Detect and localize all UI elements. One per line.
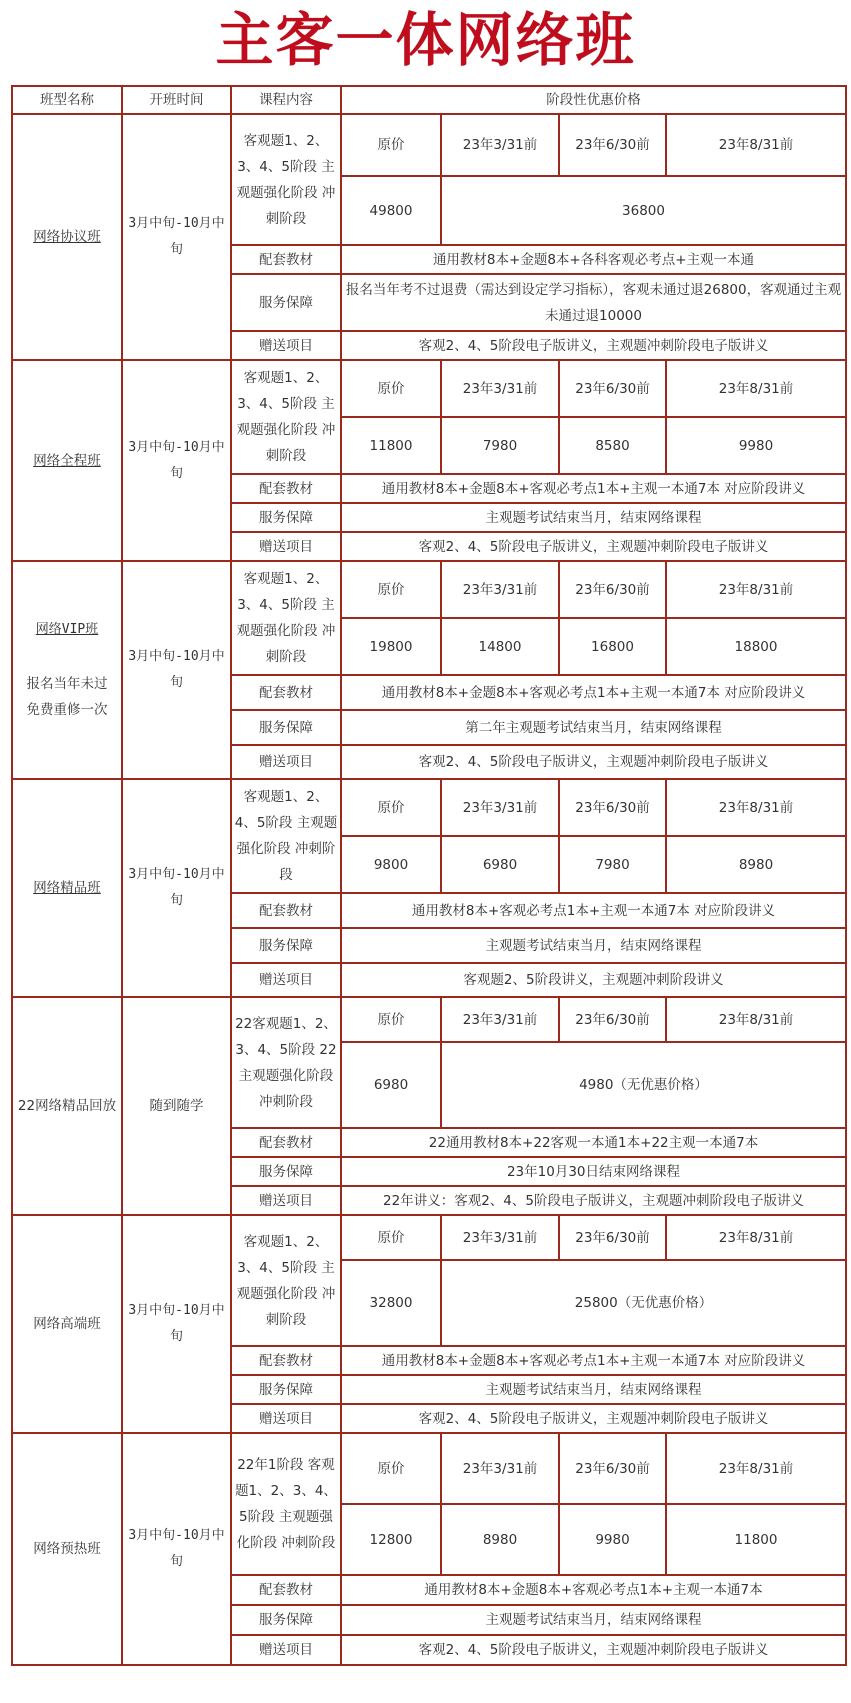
price-header-p2: 23年6/30前 xyxy=(559,360,666,417)
gifts-label: 赠送项目 xyxy=(231,963,341,997)
class-note: 报名当年未过免费重修一次 xyxy=(24,671,110,723)
price-discount: 25800（无优惠价格） xyxy=(441,1260,846,1346)
price-original: 6980 xyxy=(341,1042,441,1128)
price-header-p2: 23年6/30前 xyxy=(559,561,666,618)
class-time: 3月中旬-10月中旬 xyxy=(122,114,231,360)
price-header-p1: 23年3/31前 xyxy=(441,114,559,176)
course-content: 客观题1、2、3、4、5阶段 主观题强化阶段 冲刺阶段 xyxy=(231,114,341,245)
price-p1: 14800 xyxy=(441,618,559,675)
gifts-value: 22年讲义：客观2、4、5阶段电子版讲义，主观题冲刺阶段电子版讲义 xyxy=(341,1186,846,1215)
gifts-value: 客观2、4、5阶段电子版讲义，主观题冲刺阶段电子版讲义 xyxy=(341,1404,846,1433)
class-row: 网络全程班 3月中旬-10月中旬 客观题1、2、3、4、5阶段 主观题强化阶段 … xyxy=(12,360,846,417)
price-header-p3: 23年8/31前 xyxy=(666,1433,846,1504)
class-row: 网络高端班 3月中旬-10月中旬 客观题1、2、3、4、5阶段 主观题强化阶段 … xyxy=(12,1215,846,1260)
price-p2: 8580 xyxy=(559,417,666,474)
price-original: 12800 xyxy=(341,1504,441,1575)
price-original: 49800 xyxy=(341,176,441,245)
course-content: 22年1阶段 客观题1、2、3、4、5阶段 主观题强化阶段 冲刺阶段 xyxy=(231,1433,341,1575)
header-start-time: 开班时间 xyxy=(122,86,231,114)
service-value: 23年10月30日结束网络课程 xyxy=(341,1157,846,1186)
class-time: 3月中旬-10月中旬 xyxy=(122,1215,231,1433)
header-class-name: 班型名称 xyxy=(12,86,122,114)
price-header-original: 原价 xyxy=(341,360,441,417)
price-p3: 9980 xyxy=(666,417,846,474)
price-table: 班型名称 开班时间 课程内容 阶段性优惠价格 网络协议班 3月中旬-10月中旬 … xyxy=(11,85,847,1666)
price-p2: 16800 xyxy=(559,618,666,675)
price-header-p2: 23年6/30前 xyxy=(559,1433,666,1504)
class-name[interactable]: 网络协议班 xyxy=(12,114,122,360)
page-title: 主客一体网络班 xyxy=(0,4,851,76)
class-name[interactable]: 网络VIP班 xyxy=(15,617,119,643)
service-label: 服务保障 xyxy=(231,1157,341,1186)
service-label: 服务保障 xyxy=(231,274,341,331)
class-name: 22网络精品回放 xyxy=(12,997,122,1215)
price-discount: 36800 xyxy=(441,176,846,245)
header-course-content: 课程内容 xyxy=(231,86,341,114)
price-header-p3: 23年8/31前 xyxy=(666,360,846,417)
class-time: 3月中旬-10月中旬 xyxy=(122,779,231,997)
service-value: 主观题考试结束当月，结束网络课程 xyxy=(341,1605,846,1635)
service-value: 主观题考试结束当月，结束网络课程 xyxy=(341,503,846,532)
price-header-original: 原价 xyxy=(341,114,441,176)
materials-value: 22通用教材8本+22客观一本通1本+22主观一本通7本 xyxy=(341,1128,846,1157)
service-value: 主观题考试结束当月，结束网络课程 xyxy=(341,1375,846,1404)
materials-value: 通用教材8本+金题8本+客观必考点1本+主观一本通7本 对应阶段讲义 xyxy=(341,1346,846,1375)
class-row: 网络协议班 3月中旬-10月中旬 客观题1、2、3、4、5阶段 主观题强化阶段 … xyxy=(12,114,846,176)
price-header-p3: 23年8/31前 xyxy=(666,1215,846,1260)
service-label: 服务保障 xyxy=(231,1375,341,1404)
gifts-value: 客观2、4、5阶段电子版讲义，主观题冲刺阶段电子版讲义 xyxy=(341,331,846,360)
service-label: 服务保障 xyxy=(231,928,341,963)
class-time: 3月中旬-10月中旬 xyxy=(122,360,231,561)
price-discount: 4980（无优惠价格） xyxy=(441,1042,846,1128)
price-p1: 7980 xyxy=(441,417,559,474)
price-p3: 11800 xyxy=(666,1504,846,1575)
materials-value: 通用教材8本+金题8本+各科客观必考点+主观一本通 xyxy=(341,245,846,274)
price-original: 9800 xyxy=(341,836,441,893)
price-header-original: 原价 xyxy=(341,997,441,1042)
gifts-value: 客观2、4、5阶段电子版讲义，主观题冲刺阶段电子版讲义 xyxy=(341,1635,846,1665)
price-original: 11800 xyxy=(341,417,441,474)
gifts-label: 赠送项目 xyxy=(231,532,341,561)
class-row: 网络精品班 3月中旬-10月中旬 客观题1、2、4、5阶段 主观题强化阶段 冲刺… xyxy=(12,779,846,836)
class-name[interactable]: 网络精品班 xyxy=(12,779,122,997)
price-header-p1: 23年3/31前 xyxy=(441,1215,559,1260)
price-header-p2: 23年6/30前 xyxy=(559,114,666,176)
price-header-original: 原价 xyxy=(341,1215,441,1260)
service-value: 主观题考试结束当月，结束网络课程 xyxy=(341,928,846,963)
price-header-p1: 23年3/31前 xyxy=(441,1433,559,1504)
class-name: 网络高端班 xyxy=(12,1215,122,1433)
price-p2: 7980 xyxy=(559,836,666,893)
gifts-label: 赠送项目 xyxy=(231,1186,341,1215)
materials-label: 配套教材 xyxy=(231,474,341,503)
price-original: 32800 xyxy=(341,1260,441,1346)
service-label: 服务保障 xyxy=(231,1605,341,1635)
price-header-p3: 23年8/31前 xyxy=(666,779,846,836)
course-content: 22客观题1、2、3、4、5阶段 22主观题强化阶段冲刺阶段 xyxy=(231,997,341,1128)
gifts-label: 赠送项目 xyxy=(231,331,341,360)
class-row: 22网络精品回放 随到随学 22客观题1、2、3、4、5阶段 22主观题强化阶段… xyxy=(12,997,846,1042)
gifts-label: 赠送项目 xyxy=(231,1635,341,1665)
class-name-cell: 网络VIP班 报名当年未过免费重修一次 xyxy=(12,561,122,779)
materials-value: 通用教材8本+客观必考点1本+主观一本通7本 对应阶段讲义 xyxy=(341,893,846,928)
class-time: 3月中旬-10月中旬 xyxy=(122,1433,231,1665)
price-p1: 8980 xyxy=(441,1504,559,1575)
course-content: 客观题1、2、3、4、5阶段 主观题强化阶段 冲刺阶段 xyxy=(231,561,341,675)
class-row: 网络VIP班 报名当年未过免费重修一次 3月中旬-10月中旬 客观题1、2、3、… xyxy=(12,561,846,618)
price-header-p2: 23年6/30前 xyxy=(559,1215,666,1260)
course-content: 客观题1、2、3、4、5阶段 主观题强化阶段 冲刺阶段 xyxy=(231,360,341,474)
price-header-original: 原价 xyxy=(341,779,441,836)
price-p1: 6980 xyxy=(441,836,559,893)
class-time: 3月中旬-10月中旬 xyxy=(122,561,231,779)
gifts-value: 客观题2、5阶段讲义，主观题冲刺阶段讲义 xyxy=(341,963,846,997)
price-header-p3: 23年8/31前 xyxy=(666,997,846,1042)
service-label: 服务保障 xyxy=(231,503,341,532)
price-p3: 18800 xyxy=(666,618,846,675)
gifts-value: 客观2、4、5阶段电子版讲义，主观题冲刺阶段电子版讲义 xyxy=(341,745,846,779)
price-p2: 9980 xyxy=(559,1504,666,1575)
class-name: 网络预热班 xyxy=(12,1433,122,1665)
header-row: 班型名称 开班时间 课程内容 阶段性优惠价格 xyxy=(12,86,846,114)
price-header-original: 原价 xyxy=(341,1433,441,1504)
materials-label: 配套教材 xyxy=(231,1575,341,1605)
service-value: 第二年主观题考试结束当月，结束网络课程 xyxy=(341,710,846,745)
materials-value: 通用教材8本+金题8本+客观必考点1本+主观一本通7本 对应阶段讲义 xyxy=(341,474,846,503)
materials-label: 配套教材 xyxy=(231,245,341,274)
materials-label: 配套教材 xyxy=(231,1128,341,1157)
price-p3: 8980 xyxy=(666,836,846,893)
price-header-p3: 23年8/31前 xyxy=(666,561,846,618)
materials-value: 通用教材8本+金题8本+客观必考点1本+主观一本通7本 对应阶段讲义 xyxy=(341,675,846,710)
price-header-p1: 23年3/31前 xyxy=(441,561,559,618)
price-header-p2: 23年6/30前 xyxy=(559,779,666,836)
price-header-p1: 23年3/31前 xyxy=(441,360,559,417)
price-header-p2: 23年6/30前 xyxy=(559,997,666,1042)
materials-value: 通用教材8本+金题8本+客观必考点1本+主观一本通7本 xyxy=(341,1575,846,1605)
materials-label: 配套教材 xyxy=(231,675,341,710)
gifts-label: 赠送项目 xyxy=(231,1404,341,1433)
class-time: 随到随学 xyxy=(122,997,231,1215)
price-original: 19800 xyxy=(341,618,441,675)
course-content: 客观题1、2、4、5阶段 主观题强化阶段 冲刺阶段 xyxy=(231,779,341,893)
service-value: 报名当年考不过退费（需达到设定学习指标），客观未通过退26800，客观通过主观未… xyxy=(341,274,846,331)
price-header-p1: 23年3/31前 xyxy=(441,997,559,1042)
class-name[interactable]: 网络全程班 xyxy=(12,360,122,561)
price-header-original: 原价 xyxy=(341,561,441,618)
course-content: 客观题1、2、3、4、5阶段 主观题强化阶段 冲刺阶段 xyxy=(231,1215,341,1346)
header-stage-price: 阶段性优惠价格 xyxy=(341,86,846,114)
service-label: 服务保障 xyxy=(231,710,341,745)
materials-label: 配套教材 xyxy=(231,893,341,928)
price-header-p3: 23年8/31前 xyxy=(666,114,846,176)
gifts-label: 赠送项目 xyxy=(231,745,341,779)
materials-label: 配套教材 xyxy=(231,1346,341,1375)
class-row: 网络预热班 3月中旬-10月中旬 22年1阶段 客观题1、2、3、4、5阶段 主… xyxy=(12,1433,846,1504)
gifts-value: 客观2、4、5阶段电子版讲义，主观题冲刺阶段电子版讲义 xyxy=(341,532,846,561)
price-header-p1: 23年3/31前 xyxy=(441,779,559,836)
